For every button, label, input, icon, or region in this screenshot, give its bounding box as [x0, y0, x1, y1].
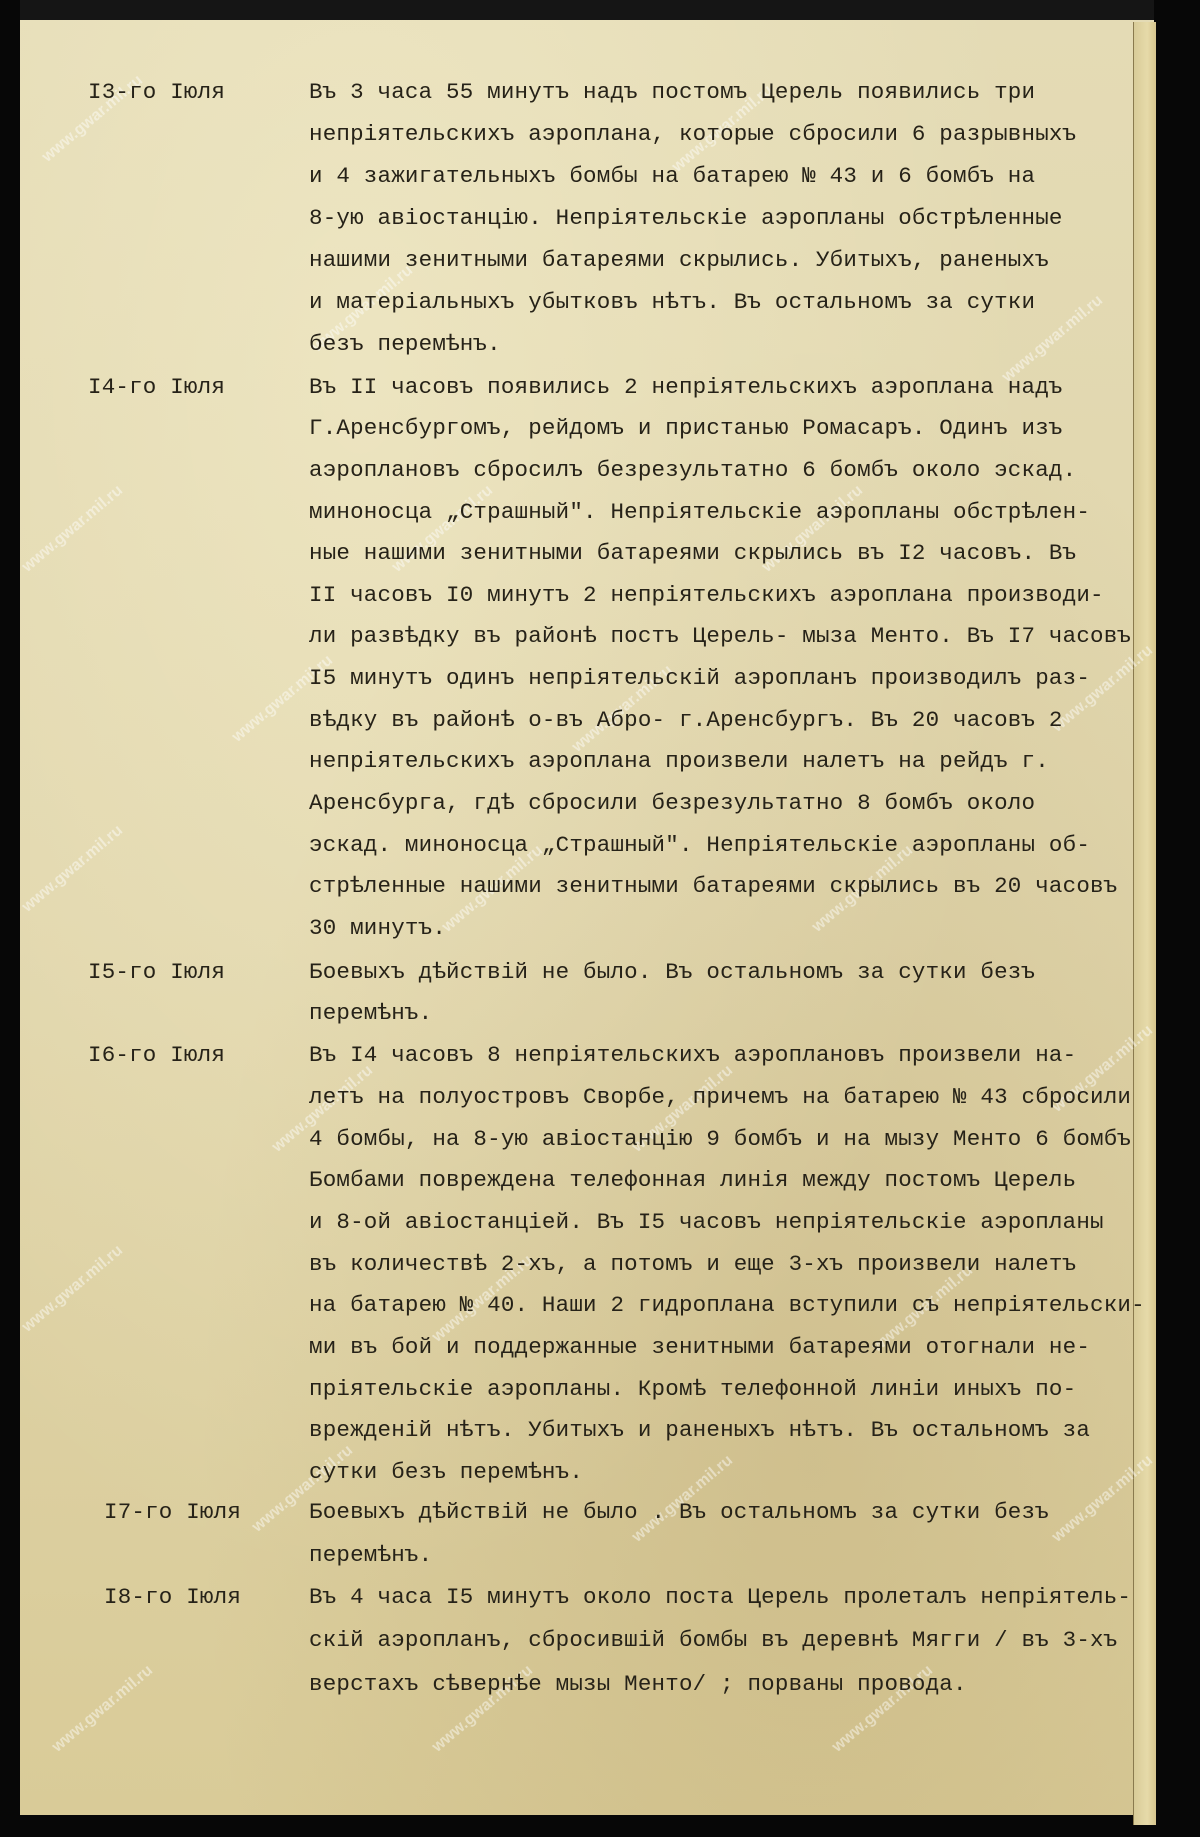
entry-text-line: миноносца „Страшный". Непрiятельскiе аэр…: [309, 501, 1090, 524]
entry-text-line: Бомбами повреждена телефонная линiя межд…: [309, 1169, 1076, 1192]
entry-text-line: перемѣнъ.: [309, 1002, 432, 1025]
entry-text-line: I5 минутъ одинъ непрiятельскiй аэропланъ…: [309, 667, 1090, 690]
entry-text-line: перемѣнъ.: [309, 1544, 432, 1567]
entry-text-line: аэроплановъ сбросилъ безрезультатно 6 бо…: [309, 459, 1076, 482]
entry-text-line: верстахъ сѣвернѣе мызы Менто/ ; порваны …: [309, 1673, 967, 1696]
entry-text-line: Въ 4 часа I5 минутъ около поста Церель п…: [309, 1586, 1131, 1609]
page-fold-edge: [1133, 22, 1156, 1825]
entry-text-line: ные нашими зенитными батареями скрылись …: [309, 542, 1076, 565]
entry-text-line: и 4 зажигательныхъ бомбы на батарею № 43…: [309, 165, 1035, 188]
entry-date: I4-го Iюля: [88, 376, 225, 399]
entry-text-line: сутки безъ перемѣнъ.: [309, 1461, 583, 1484]
entry-date: I6-го Iюля: [88, 1044, 225, 1067]
entry-text-line: вѣдку въ районѣ о-въ Абро- г.Аренсбургъ.…: [309, 709, 1063, 732]
entry-text-line: скiй аэропланъ, сбросившiй бомбы въ дере…: [309, 1629, 1117, 1652]
entry-date: I5-го Iюля: [88, 961, 225, 984]
entry-text-line: въ количествѣ 2-хъ, а потомъ и еще 3-хъ …: [309, 1253, 1076, 1276]
scan-top-border: [20, 0, 1154, 20]
entry-text-line: Г.Аренсбургомъ, рейдомъ и пристанью Рома…: [309, 417, 1063, 440]
entry-text-line: врежденiй нѣтъ. Убитыхъ и раненыхъ нѣтъ.…: [309, 1419, 1090, 1442]
entry-text-line: непрiятельскихъ аэроплана, которые сброс…: [309, 123, 1076, 146]
entry-text-line: ли развѣдку въ районѣ постъ Церель- мыза…: [309, 625, 1131, 648]
entry-text-line: прiятельскiе аэропланы. Кромѣ телефонной…: [309, 1378, 1076, 1401]
entry-text-line: стрѣленные нашими зенитными батареями ск…: [309, 875, 1117, 898]
entry-text-line: летъ на полуостровъ Сворбе, причемъ на б…: [309, 1086, 1131, 1109]
entry-text-line: на батарею № 40. Наши 2 гидроплана вступ…: [309, 1294, 1145, 1317]
entry-text-line: и матерiальныхъ убытковъ нѣтъ. Въ осталь…: [309, 291, 1035, 314]
entry-date: I3-го Iюля: [88, 81, 225, 104]
entry-text-line: Въ 3 часа 55 минутъ надъ постомъ Церель …: [309, 81, 1035, 104]
entry-text-line: Въ I4 часовъ 8 непрiятельскихъ аэроплано…: [309, 1044, 1076, 1067]
entry-text-line: непрiятельскихъ аэроплана произвели нале…: [309, 750, 1049, 773]
entry-text-line: Аренсбурга, гдѣ сбросили безрезультатно …: [309, 792, 1035, 815]
entry-text-line: и 8-ой авiостанцiей. Въ I5 часовъ непрiя…: [309, 1211, 1104, 1234]
entry-text-line: 30 минутъ.: [309, 917, 446, 940]
entry-text-line: II часовъ I0 минутъ 2 непрiятельскихъ аэ…: [309, 584, 1104, 607]
entry-text-line: Въ II часовъ появились 2 непрiятельскихъ…: [309, 376, 1063, 399]
entry-text-line: ми въ бой и поддержанные зенитными батар…: [309, 1336, 1090, 1359]
entry-text-line: Боевыхъ дѣйствiй не было . Въ остальномъ…: [309, 1501, 1049, 1524]
entry-text-line: безъ перемѣнъ.: [309, 333, 501, 356]
entry-text-line: 4 бомбы, на 8-ую авiостанцiю 9 бомбъ и н…: [309, 1128, 1131, 1151]
entry-text-line: нашими зенитными батареями скрылись. Уби…: [309, 249, 1049, 272]
entry-date: I7-го Iюля: [104, 1501, 241, 1524]
entry-date: I8-го Iюля: [104, 1586, 241, 1609]
entry-text-line: эскад. миноносца „Страшный". Непрiятельс…: [309, 834, 1090, 857]
entry-text-line: Боевыхъ дѣйствiй не было. Въ остальномъ …: [309, 961, 1035, 984]
entry-text-line: 8-ую авiостанцiю. Непрiятельскiе аэропла…: [309, 207, 1063, 230]
